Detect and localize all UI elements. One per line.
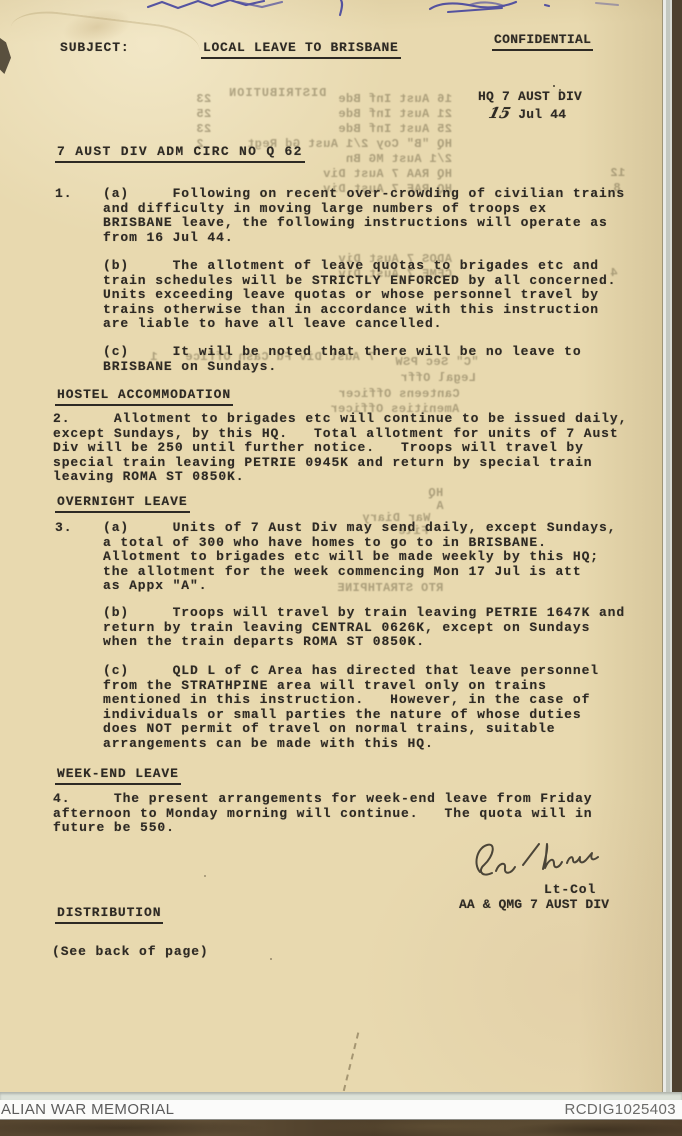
subject-title: LOCAL LEAVE TO BRISBANE (201, 41, 401, 59)
signature-appointment: AA & QMG 7 AUST DIV (459, 898, 609, 913)
paragraph-number: 3. (55, 521, 72, 536)
scanned-document-viewer: DISTRIBUTION 16 Aust Inf Bde23 21 Aust I… (0, 0, 682, 1136)
signature-rank: Lt-Col (544, 883, 596, 898)
ghost-text-line: 16 Aust Inf Bde23 (196, 92, 452, 106)
document-paper: DISTRIBUTION 16 Aust Inf Bde23 21 Aust I… (0, 0, 672, 1092)
ghost-text-line: Canteens Officer (338, 387, 460, 401)
paper-specks (553, 85, 555, 87)
ghost-text-line: HQ RAA 7 Aust Div (196, 167, 452, 181)
ghost-text-line: HQ (428, 486, 443, 500)
see-back-note: (See back of page) (52, 945, 209, 960)
paragraph-1a: (a) Following on recent over-crowding of… (103, 187, 672, 245)
handwritten-day: 15 (487, 106, 512, 121)
section-heading-distribution: DISTRIBUTION (55, 906, 163, 924)
section-heading-overnight: OVERNIGHT LEAVE (55, 495, 190, 513)
paragraph-number: 1. (55, 187, 72, 202)
paper-tear-mark (0, 38, 11, 74)
classification-stamp: CONFIDENTIAL (492, 33, 593, 51)
subject-label: SUBJECT: (60, 41, 130, 56)
watermark-institution: ALIAN WAR MEMORIAL (1, 1100, 174, 1119)
scan-edge-strip (0, 1092, 682, 1100)
paragraph-3c: (c) QLD L of C Area has directed that le… (103, 664, 672, 752)
paragraph-3a: (a) Units of 7 Aust Div may send daily, … (103, 521, 672, 594)
issuing-unit: HQ 7 AUST DIV (478, 90, 582, 105)
viewer-watermark-bar: ALIAN WAR MEMORIAL RCDIG1025403 (0, 1100, 682, 1120)
circular-title: 7 AUST DIV ADM CIRC NO Q 62 (55, 145, 305, 163)
paragraph-1b: (b) The allotment of leave quotas to bri… (103, 259, 672, 332)
paragraph-1c: (c) It will be noted that there will be … (103, 345, 672, 374)
ghost-text-line: 12 (610, 166, 625, 180)
paragraph-2: 2. Allotment to brigades etc will contin… (53, 412, 653, 485)
ghost-text-line: A (436, 499, 444, 513)
paragraph-3b: (b) Troops will travel by train leaving … (103, 606, 672, 650)
section-heading-hostel: HOSTEL ACCOMMODATION (55, 388, 233, 406)
paper-fold-line (343, 1032, 361, 1091)
table-background (0, 1120, 682, 1136)
ghost-text-line: 21 Aust Inf Bde25 (196, 107, 452, 121)
paragraph-4: 4. The present arrangements for week-end… (53, 792, 653, 836)
document-date: 15 Jul 44 (489, 106, 566, 123)
watermark-item-id: RCDIG1025403 (564, 1100, 676, 1119)
section-heading-weekend: WEEK-END LEAVE (55, 767, 181, 785)
ghost-text-line: 25 Aust Inf Bde23 (196, 122, 452, 136)
